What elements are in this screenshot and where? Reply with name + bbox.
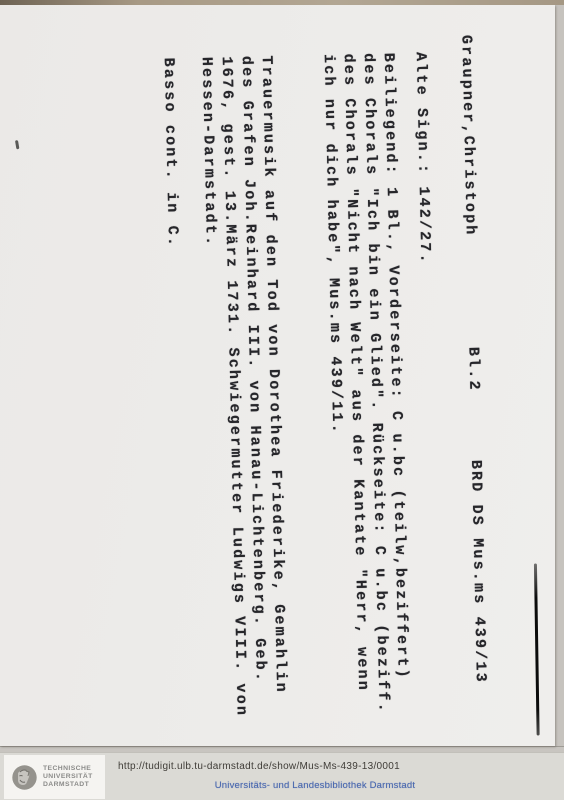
digitization-footer-bar: TECHNISCHE UNIVERSITÄT DARMSTADT http://… — [0, 752, 564, 800]
athena-head-icon — [11, 764, 38, 791]
catalog-card-scan: Graupner,Christoph Bl.2 BRD DS Mus.ms 43… — [0, 5, 555, 746]
tu-darmstadt-logo: TECHNISCHE UNIVERSITÄT DARMSTADT — [4, 755, 105, 799]
typewriter-text-block: Graupner,Christoph Bl.2 BRD DS Mus.ms 43… — [0, 5, 555, 746]
logo-wordmark: TECHNISCHE UNIVERSITÄT DARMSTADT — [43, 765, 93, 789]
card-author: Graupner,Christoph — [457, 35, 479, 237]
logo-line-3: DARMSTADT — [43, 781, 89, 788]
footer-library-name: Universitäts- und Landesbibliothek Darms… — [105, 780, 525, 791]
card-shelfmark: BRD DS Mus.ms 439/13 — [467, 460, 489, 684]
logo-line-2: UNIVERSITÄT — [43, 773, 93, 780]
card-sheet-number: Bl.2 — [464, 347, 482, 392]
scanner-bed-top-edge — [0, 0, 564, 5]
footer-permalink-url: http://tudigit.ulb.tu-darmstadt.de/show/… — [118, 761, 400, 772]
basso-continuo-note: Basso cont. in C. — [160, 58, 181, 249]
ink-underline-rule — [534, 564, 540, 736]
rotated-card-content: Graupner,Christoph Bl.2 BRD DS Mus.ms 43… — [0, 5, 555, 746]
scanner-bed-right-edge — [554, 5, 564, 746]
description-line-4: Hessen-Darmstadt. — [198, 57, 219, 248]
logo-line-1: TECHNISCHE — [43, 765, 91, 772]
pen-speck-mark — [15, 140, 19, 149]
old-signature-line: Alte Sign.: 142/27. — [412, 52, 434, 265]
